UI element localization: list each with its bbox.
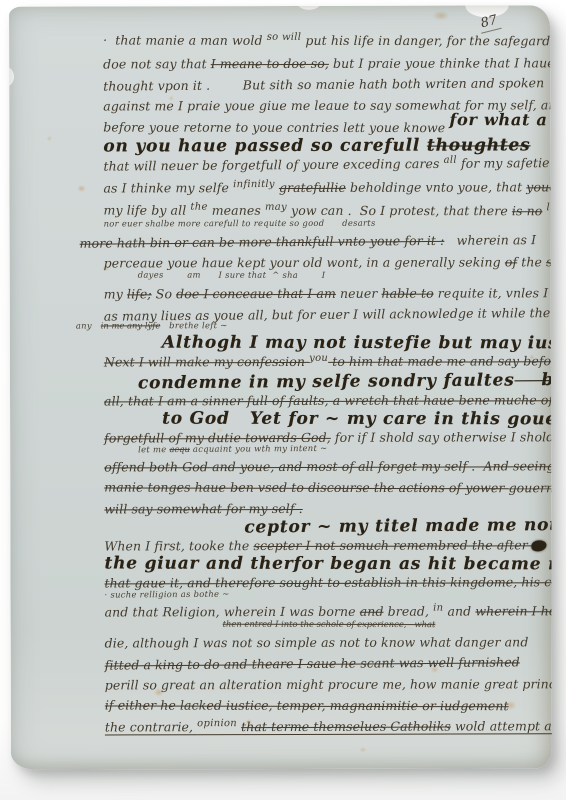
ink-blot: ● — [532, 540, 547, 551]
text-segment: put his life in danger, for the safegard… — [301, 33, 552, 49]
manuscript-line: fitted a king to do and theare I saue he… — [105, 651, 540, 675]
inserted-text-segment: brethe left ~ — [160, 320, 227, 330]
inserted-text-segment: any — [76, 320, 101, 330]
inserted-text-segment: infinitly — [233, 179, 275, 190]
text-segment: my life by all — [104, 203, 191, 218]
manuscript-line: as I thinke my selfe infinitly gratefull… — [103, 176, 538, 200]
struck-text-segment: hable to — [381, 286, 433, 301]
struck-text-segment: of — [505, 254, 517, 269]
manuscript-line: die, although I was not so simple as not… — [105, 631, 540, 653]
struck-text-segment: that terme themselues Catholiks — [241, 719, 451, 735]
text-segment: the — [517, 254, 546, 269]
text-segment: wherein as I — [444, 232, 536, 248]
struck-text-segment: fitted a king to do and theare I saue he… — [105, 654, 520, 672]
manuscript-text: · that manie a man wold so will put his … — [9, 5, 552, 769]
manuscript-line: more hath bin or can be more thankfull v… — [80, 229, 539, 254]
text-segment: doe not say that — [103, 56, 211, 71]
struck-text-segment: that gaue it, and therefore sought to es… — [104, 574, 552, 590]
text-segment: When I first, tooke the — [104, 538, 253, 553]
struck-text-segment: if either he lacked iustice, temper, mag… — [105, 698, 509, 714]
text-segment: So — [152, 286, 176, 301]
inserted-text-segment: nor euer shalbe more carefull to requite… — [104, 218, 376, 229]
text-segment: for if I shold say otherwise I shold — [331, 429, 552, 445]
text-segment: die, although I was not so simple as not… — [105, 634, 529, 650]
manuscript-line: my life; So doe I conceaue that I am neu… — [104, 282, 539, 304]
manuscript-line: the contrarie, opinion that terme themse… — [105, 715, 540, 739]
text-segment — [547, 120, 551, 135]
inserted-text-segment: so will — [267, 32, 302, 43]
struck-text-segment: youe — [526, 179, 552, 194]
struck-text-segment: I not somuch remembred the after — [305, 537, 531, 553]
struck-text-segment: but — [514, 370, 552, 390]
struck-text-segment: wherein I hope to — [475, 603, 552, 618]
manuscript-line: doe not say that I meane to doe so, but … — [103, 52, 538, 74]
text-segment: for my safetie / And — [457, 155, 552, 171]
inserted-text-segment: dayes am I sure that ^ sha I — [138, 269, 326, 279]
inserted-text-segment: may — [265, 202, 287, 213]
struck-text-segment: all, that I am a sinner full of faults, … — [104, 392, 552, 408]
text-segment: meanes — [208, 203, 265, 218]
manuscript-line: that will neuer be forgetfull of youre e… — [103, 152, 538, 178]
manuscript-line: manie tonges haue ben vsed to discourse … — [104, 477, 539, 499]
text-segment: thought vpon it . But sith so manie hath… — [103, 75, 544, 93]
inserted-text-segment: opinion — [197, 718, 237, 729]
struck-text-segment: will say somewhat for my self . — [104, 501, 302, 517]
text-segment: as I thinke my selfe — [103, 180, 233, 195]
text-segment: wold attempt all they might . – — [451, 718, 552, 734]
inserted-text-segment: the — [190, 202, 207, 213]
manuscript-page: 87 · that manie a man wold so will put h… — [9, 5, 552, 769]
inserted-text-segment: liueth no — [546, 202, 552, 213]
text-segment: requite it, vnles I had — [434, 285, 552, 300]
inserted-text-segment: let me — [138, 444, 169, 454]
inserted-text-segment: you — [309, 353, 328, 364]
struck-text-segment: in me any lyfe — [101, 320, 161, 330]
manuscript-line: offend both God and youe, and most of al… — [104, 455, 539, 477]
inserted-text-segment: in — [433, 603, 443, 614]
text-segment: my — [104, 286, 127, 301]
text-segment: perill so great an alteration might proc… — [105, 676, 552, 692]
inserted-text-segment: all — [444, 155, 457, 166]
struck-text-segment: more hath bin or can be more thankfull v… — [80, 233, 445, 251]
inserted-text-segment: · suche relligion as bothe ~ — [104, 588, 229, 599]
struck-text-segment: offend both God and youe, and most of al… — [104, 458, 552, 474]
struck-text-segment: life; — [127, 286, 152, 301]
struck-text-segment: Next I will make my confession — [104, 354, 309, 370]
manuscript-line: if either he lacked iustice, temper, mag… — [105, 695, 540, 717]
struck-text-segment: saftie of — [546, 254, 552, 269]
manuscript-line: · that manie a man wold so will put his … — [103, 30, 538, 54]
page-background: { "page": { "folio_number": "87" }, "col… — [0, 0, 566, 800]
struck-text-segment: gratefullie — [279, 180, 346, 195]
struck-text-segment: is no — [512, 203, 542, 218]
inserted-text-segment: for what a — [449, 110, 547, 129]
struck-text-segment: then entred I into the schole of experie… — [223, 619, 436, 629]
text-segment: yow can . So I protest, that there — [287, 203, 512, 218]
manuscript-line: perill so great an alteration might proc… — [105, 673, 540, 695]
struck-text-segment: acqu — [169, 444, 190, 454]
struck-text-segment: doe I conceaue that I am — [176, 286, 336, 301]
text-segment: · that manie a man wold — [103, 33, 267, 48]
text-segment: bread, — [384, 604, 434, 619]
struck-text-segment: manie tonges haue ben vsed to discourse … — [104, 480, 552, 496]
text-segment: but I praie youe thinke that I haue — — [329, 55, 552, 71]
inserted-text-segment: acquaint you wth my intent ~ — [190, 443, 328, 454]
text-segment: that will neuer be forgetfull of youre e… — [103, 156, 443, 174]
struck-text-segment: and — [360, 604, 384, 619]
text-segment: and — [443, 603, 475, 618]
text-segment: perceaue youe haue kept your old wont, i… — [104, 254, 505, 270]
manuscript-line: thought vpon it . But sith so manie hath… — [103, 72, 538, 96]
text-segment: neuer — [336, 286, 382, 301]
text-segment: the contrarie, — [105, 719, 197, 734]
struck-text-segment: to him that made me and say before youe — [328, 353, 552, 369]
struck-text-segment: I meane to doe so, — [211, 56, 329, 71]
text-segment: before youe retorne to youe contries let… — [103, 120, 449, 136]
text-segment: beholdinge vnto youe, that — [346, 179, 526, 194]
text-segment: and that Religion, wherein I was borne — [105, 604, 360, 620]
struck-text-segment: scepter — [253, 538, 305, 553]
